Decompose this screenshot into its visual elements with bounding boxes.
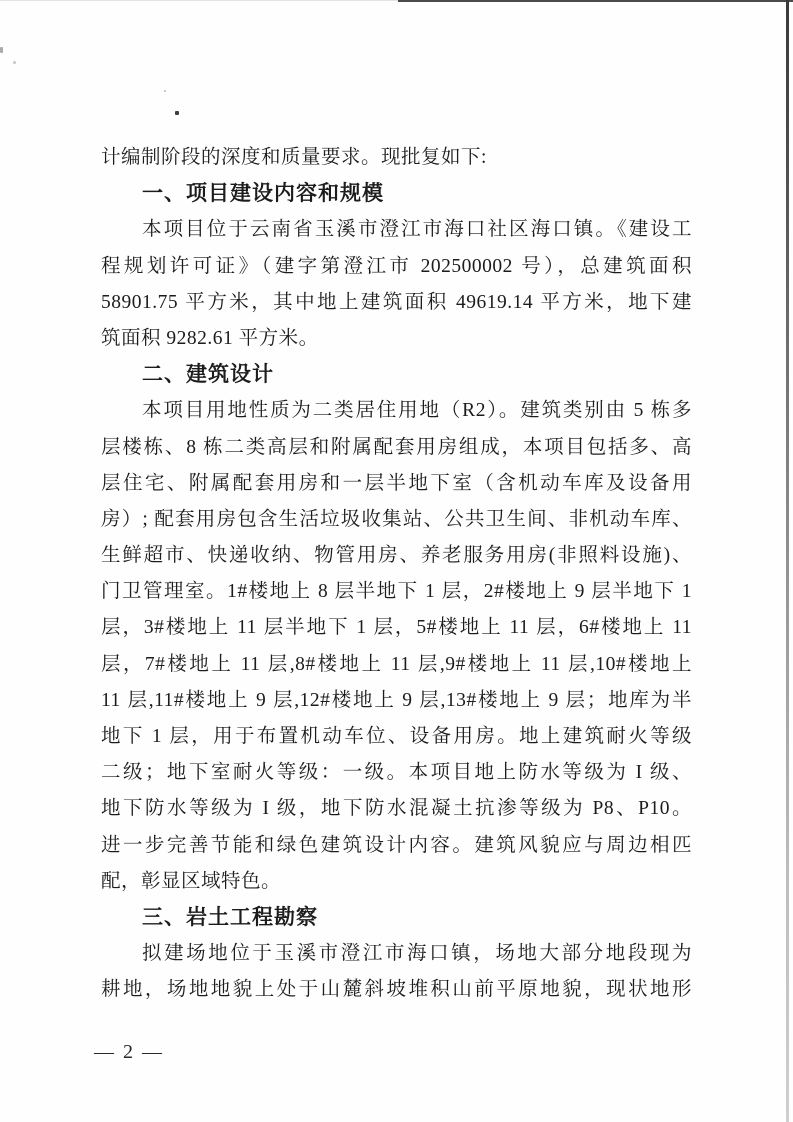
scan-speck <box>164 90 166 92</box>
text-line: 配，彰显区域特色。 <box>101 864 692 900</box>
text-line: 耕地，场地地貌上处于山麓斜坡堆积山前平原地貌，现状地形 <box>101 972 692 1008</box>
scanned-document-page: 计编制阶段的深度和质量要求。现批复如下: 一、项目建设内容和规模 本项目位于云南… <box>0 0 793 1122</box>
text-line: 房）; 配套用房包含生活垃圾收集站、公共卫生间、非机动车库、 <box>101 502 692 538</box>
text-line: 门卫管理室。1#楼地上 8 层半地下 1 层，2#楼地上 9 层半地下 1 <box>101 574 692 610</box>
text-line: 二级；地下室耐火等级：一级。本项目地上防水等级为 I 级、 <box>101 755 692 791</box>
section-heading-3: 三、岩土工程勘察 <box>101 900 692 936</box>
text-line: 层，7#楼地上 11 层,8#楼地上 11 层,9#楼地上 11 层,10#楼地… <box>101 647 692 683</box>
text-line: 本项目位于云南省玉溪市澄江市海口社区海口镇。《建设工 <box>101 212 692 248</box>
text-line: 进一步完善节能和绿色建筑设计内容。建筑风貌应与周边相匹 <box>101 828 692 864</box>
text-line: 地下 1 层，用于布置机动车位、设备用房。地上建筑耐火等级 <box>101 719 692 755</box>
scan-speck <box>13 61 16 64</box>
text-line: 生鲜超市、快递收纳、物管用房、养老服务用房(非照料设施)、 <box>101 538 692 574</box>
document-body: 计编制阶段的深度和质量要求。现批复如下: 一、项目建设内容和规模 本项目位于云南… <box>101 140 692 1009</box>
text-line: 层，3#楼地上 11 层半地下 1 层，5#楼地上 11 层，6#楼地上 11 <box>101 610 692 646</box>
text-line: 本项目用地性质为二类居住用地（R2）。建筑类别由 5 栋多 <box>101 393 692 429</box>
scan-edge-top <box>398 0 793 2</box>
text-line: 11 层,11#楼地上 9 层,12#楼地上 9 层,13#楼地上 9 层；地库… <box>101 683 692 719</box>
text-line: 地下防水等级为 I 级，地下防水混凝土抗渗等级为 P8、P10。 <box>101 791 692 827</box>
text-line: 程规划许可证》（建字第澄江市 202500002 号），总建筑面积 <box>101 249 692 285</box>
scan-speck <box>175 111 179 115</box>
text-line: 层楼栋、8 栋二类高层和附属配套用房组成，本项目包括多、高 <box>101 430 692 466</box>
text-line: 拟建场地位于玉溪市澄江市海口镇，场地大部分地段现为 <box>101 936 692 972</box>
text-line: 筑面积 9282.61 平方米。 <box>101 321 692 357</box>
scan-edge-right <box>786 0 789 1122</box>
section-heading-1: 一、项目建设内容和规模 <box>101 176 692 212</box>
scan-speck <box>0 47 3 53</box>
section-heading-2: 二、建筑设计 <box>101 357 692 393</box>
text-line: 58901.75 平方米，其中地上建筑面积 49619.14 平方米，地下建 <box>101 285 692 321</box>
text-line: 层住宅、附属配套用房和一层半地下室（含机动车库及设备用 <box>101 466 692 502</box>
text-line-continuation: 计编制阶段的深度和质量要求。现批复如下: <box>101 140 692 176</box>
page-number: — 2 — <box>94 1041 164 1064</box>
